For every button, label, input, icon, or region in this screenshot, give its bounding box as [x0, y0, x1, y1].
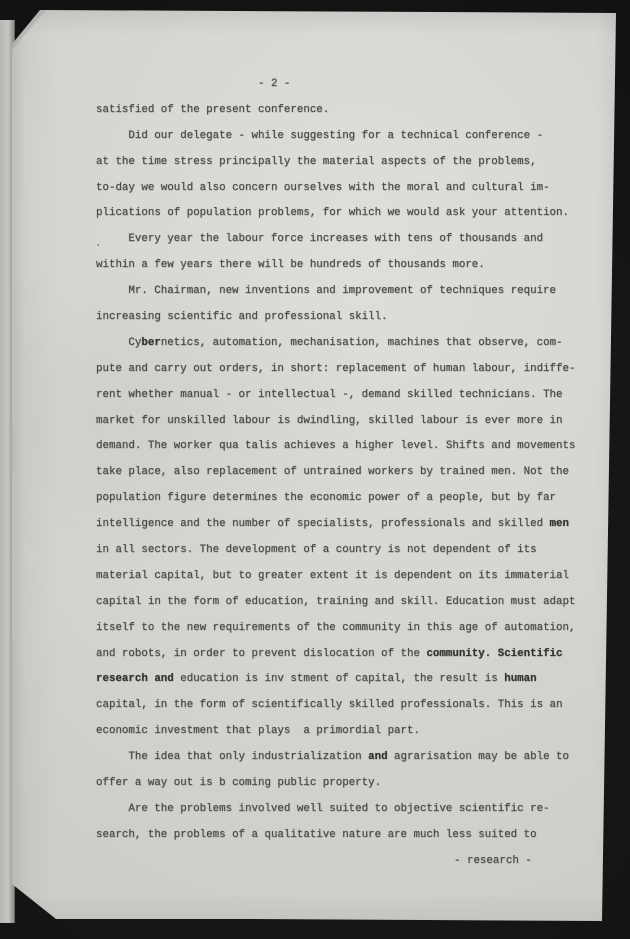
text-segment: human: [504, 673, 536, 685]
text-segment: rent whether manual - or intellectual -,…: [96, 389, 563, 401]
text-line: Mr. Chairman, new inventions and improve…: [96, 279, 608, 305]
text-line: offer a way out is b coming public prope…: [96, 771, 608, 797]
text-segment: Cy: [128, 337, 141, 349]
text-line: research and education is inv stment of …: [96, 667, 608, 693]
text-segment: to-day we would also concern ourselves w…: [96, 182, 550, 194]
text-segment: intelligence and the number of specialis…: [96, 518, 550, 530]
text-segment: Did our delegate - while suggesting for …: [128, 130, 543, 142]
text-segment: Every year the labour force increases wi…: [128, 233, 543, 245]
text-line: and robots, in order to prevent dislocat…: [96, 642, 608, 668]
text-segment: increasing scientific and professional s…: [96, 311, 388, 323]
text-segment: capital in the form of education, traini…: [96, 596, 575, 608]
text-segment: offer a way out is b coming public prope…: [96, 777, 381, 789]
text-segment: within a few years there will be hundred…: [96, 259, 485, 271]
text-segment: men: [550, 518, 569, 530]
text-line: at the time stress principally the mater…: [96, 150, 608, 176]
text-line: satisfied of the present conference.: [96, 98, 608, 124]
text-line: capital in the form of education, traini…: [96, 590, 608, 616]
text-line: increasing scientific and professional s…: [96, 305, 608, 331]
document-body: satisfied of the present conference.Did …: [96, 98, 608, 849]
text-line: The idea that only industrialization and…: [96, 745, 608, 771]
page-number: - 2 -: [96, 72, 608, 98]
text-segment: pute and carry out orders, in short: rep…: [96, 363, 575, 375]
text-segment: material capital, but to greater extent …: [96, 570, 569, 582]
text-segment: and: [368, 751, 387, 763]
text-line: intelligence and the number of specialis…: [96, 512, 608, 538]
text-segment: ber: [141, 337, 160, 349]
margin-mark: .: [95, 238, 102, 250]
text-segment: agrarisation may be able to: [388, 751, 569, 763]
text-segment: market for unskilled labour is dwindling…: [96, 415, 563, 427]
text-segment: satisfied of the present conference.: [96, 104, 329, 116]
text-line: pute and carry out orders, in short: rep…: [96, 357, 608, 383]
text-segment: education is inv stment of capital, the …: [174, 673, 504, 685]
text-line: population figure determines the economi…: [96, 486, 608, 512]
text-line: Are the problems involved well suited to…: [96, 797, 608, 823]
text-line: search, the problems of a qualitative na…: [96, 823, 608, 849]
text-segment: Are the problems involved well suited to…: [128, 803, 549, 815]
text-segment: The idea that only industrialization: [128, 751, 368, 763]
text-segment: demand. The worker qua talis achieves a …: [96, 440, 575, 452]
text-segment: population figure determines the economi…: [96, 492, 556, 504]
text-line: Did our delegate - while suggesting for …: [96, 124, 608, 150]
text-segment: Mr. Chairman, new inventions and improve…: [128, 285, 556, 297]
scan-background: - 2 - satisfied of the present conferenc…: [0, 0, 630, 939]
text-line: demand. The worker qua talis achieves a …: [96, 434, 608, 460]
catchword: - research -: [96, 849, 608, 875]
text-segment: and robots, in order to prevent dislocat…: [96, 648, 426, 660]
text-segment: plications of population problems, for w…: [96, 207, 569, 219]
text-segment: research and: [96, 673, 174, 685]
text-segment: in all sectors. The development of a cou…: [96, 544, 537, 556]
text-segment: community. Scientific: [426, 648, 562, 660]
text-line: material capital, but to greater extent …: [96, 564, 608, 590]
text-segment: search, the problems of a qualitative na…: [96, 829, 537, 841]
text-line: market for unskilled labour is dwindling…: [96, 409, 608, 435]
text-segment: capital, in the form of scientifically s…: [96, 699, 563, 711]
text-line: within a few years there will be hundred…: [96, 253, 608, 279]
text-line: itself to the new requirements of the co…: [96, 616, 608, 642]
text-segment: take place, also replacement of untraine…: [96, 466, 569, 478]
text-line: Cybernetics, automation, mechanisation, …: [96, 331, 608, 357]
text-segment: netics, automation, mechanisation, machi…: [161, 337, 563, 349]
text-line: Every year the labour force increases wi…: [96, 227, 608, 253]
corner-fold-shadow: [12, 10, 46, 50]
page-sheet: - 2 - satisfied of the present conferenc…: [12, 10, 618, 923]
document-text-column: - 2 - satisfied of the present conferenc…: [96, 72, 608, 875]
text-segment: at the time stress principally the mater…: [96, 156, 537, 168]
text-segment: itself to the new requirements of the co…: [96, 622, 575, 634]
text-line: economic investment that plays a primord…: [96, 719, 608, 745]
text-segment: economic investment that plays a primord…: [96, 725, 420, 737]
text-line: plications of population problems, for w…: [96, 201, 608, 227]
text-line: capital, in the form of scientifically s…: [96, 693, 608, 719]
text-line: in all sectors. The development of a cou…: [96, 538, 608, 564]
text-line: to-day we would also concern ourselves w…: [96, 176, 608, 202]
text-line: take place, also replacement of untraine…: [96, 460, 608, 486]
text-line: rent whether manual - or intellectual -,…: [96, 383, 608, 409]
